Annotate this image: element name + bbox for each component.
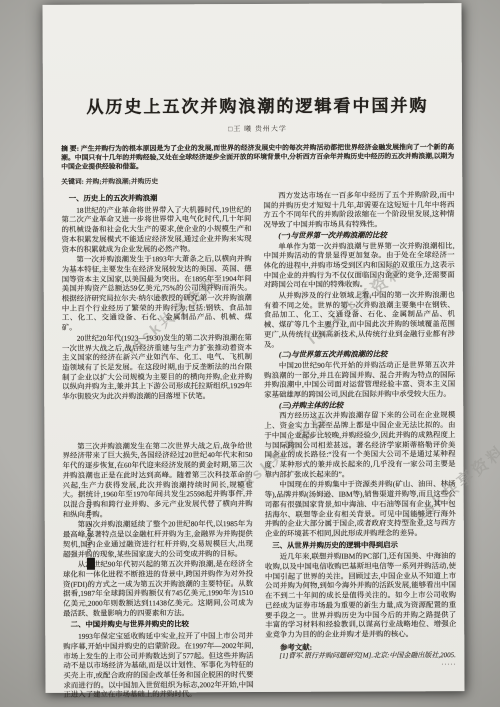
scanned-paper-page: iask共享资料 iask共享资料 iask共享资料 iask共享资料 JINR… bbox=[43, 3, 465, 693]
article-end-mark: ····· bbox=[265, 661, 456, 672]
article-content: 从历史上五次并购浪潮的逻辑看中国并购 □王 曦 贵州大学 摘 要: 产生并购行为… bbox=[43, 3, 465, 701]
paragraph: 18世纪的产业革命将世界带入了大机器时代,19世纪的第二次产业革命又进一步将世界… bbox=[61, 205, 251, 254]
article-title: 从历史上五次并购浪潮的逻辑看中国并购 bbox=[61, 91, 454, 118]
keywords-line: 关键词: 并购;并购浪潮;并购历史 bbox=[61, 174, 454, 186]
right-column: 西方发达市场在一百多年中经历了五个并购阶段,而中国的并购历史才短短十几年,却需要… bbox=[263, 190, 456, 700]
subsection-heading: (一)与世界第一次并购浪潮的比较 bbox=[263, 230, 454, 241]
paragraph: 西方经历这五次并购浪潮存留下来的公司在企业规模上、资金实力上甚至品牌上都是中国企… bbox=[264, 411, 455, 480]
paragraph: 1993年保定宝延收购延中实业,拉开了中国上市公司并购序幕,开始中国并购史的启蒙… bbox=[63, 631, 253, 700]
left-column: 一、历史上的五次并购浪潮 18世纪的产业革命将世界带入了大机器时代,19世纪的第… bbox=[61, 191, 253, 701]
paragraph: 中国现在的并购集中于资源类并购(矿山、油田、林场等),品牌并购(汤姆逊、IBM等… bbox=[265, 480, 456, 539]
keywords-text: 并购;并购浪潮;并购历史 bbox=[86, 178, 159, 185]
reference-item: [1]曹军.银行并购问题研究[M].北京:中国金融出版社,2005. bbox=[265, 651, 456, 662]
two-column-body: 一、历史上的五次并购浪潮 18世纪的产业革命将世界带入了大机器时代,19世纪的第… bbox=[61, 190, 456, 701]
paragraph: 西方发达市场在一百多年中经历了五个并购阶段,而中国的并购历史才短短十几年,却需要… bbox=[263, 190, 454, 230]
paragraph: 近几年来,联想并购IBM的PC部门,还有国美、中海油的收购,以及中国电信收购巴基… bbox=[265, 551, 456, 639]
abstract-text: 产生并购行为的根本原因是为了企业的发展,而世界的经济发展史中的每次并购活动都把世… bbox=[61, 144, 454, 171]
paragraph: 单单作为第一次并购浪潮与世界第一次并购浪潮相比,中国并购活动的背景显得更加复杂。… bbox=[264, 241, 455, 290]
journal-margin-label: JINRONG JINGJI bbox=[87, 494, 97, 570]
keywords-label: 关键词: bbox=[61, 179, 84, 186]
subsection-heading: (二)与世界第五次并购浪潮的比较 bbox=[264, 349, 455, 360]
paragraph: 20世纪20年代(1923—1930)发生的第二次并购浪潮在第一次世界大战之后,… bbox=[62, 333, 252, 402]
paragraph: 中国20世纪90年代开始的并购活动正是世界第五次并购浪潮的一部分,并且在跨国并购… bbox=[264, 360, 455, 400]
section-heading: 三、从世界并购历史的逻辑中得到启示 bbox=[265, 540, 456, 551]
section-heading: 一、历史上的五次并购浪潮 bbox=[61, 193, 251, 204]
abstract-label: 摘 要: bbox=[61, 146, 79, 153]
paragraph: 第一次并购浪潮发生于1893年大萧条之后,以横向并购为基本特征,主要发生在经济发… bbox=[62, 254, 252, 332]
paragraph: 从并购涉及的行业领域上看,中国的第一次并购浪潮也有着不同之处。世界的第一次并购浪… bbox=[264, 290, 455, 349]
abstract-block: 摘 要: 产生并购行为的根本原因是为了企业的发展,而世界的经济发展史中的每次并购… bbox=[61, 143, 454, 172]
author-line: □王 曦 贵州大学 bbox=[61, 123, 454, 135]
page-marker-square-icon bbox=[87, 558, 95, 570]
subsection-heading: (三)并购主体的比较 bbox=[264, 400, 455, 411]
journal-name-vertical: JINRONG JINGJI bbox=[87, 494, 93, 552]
section-heading: 二、中国并购史与世界并购史的比较 bbox=[63, 619, 253, 630]
